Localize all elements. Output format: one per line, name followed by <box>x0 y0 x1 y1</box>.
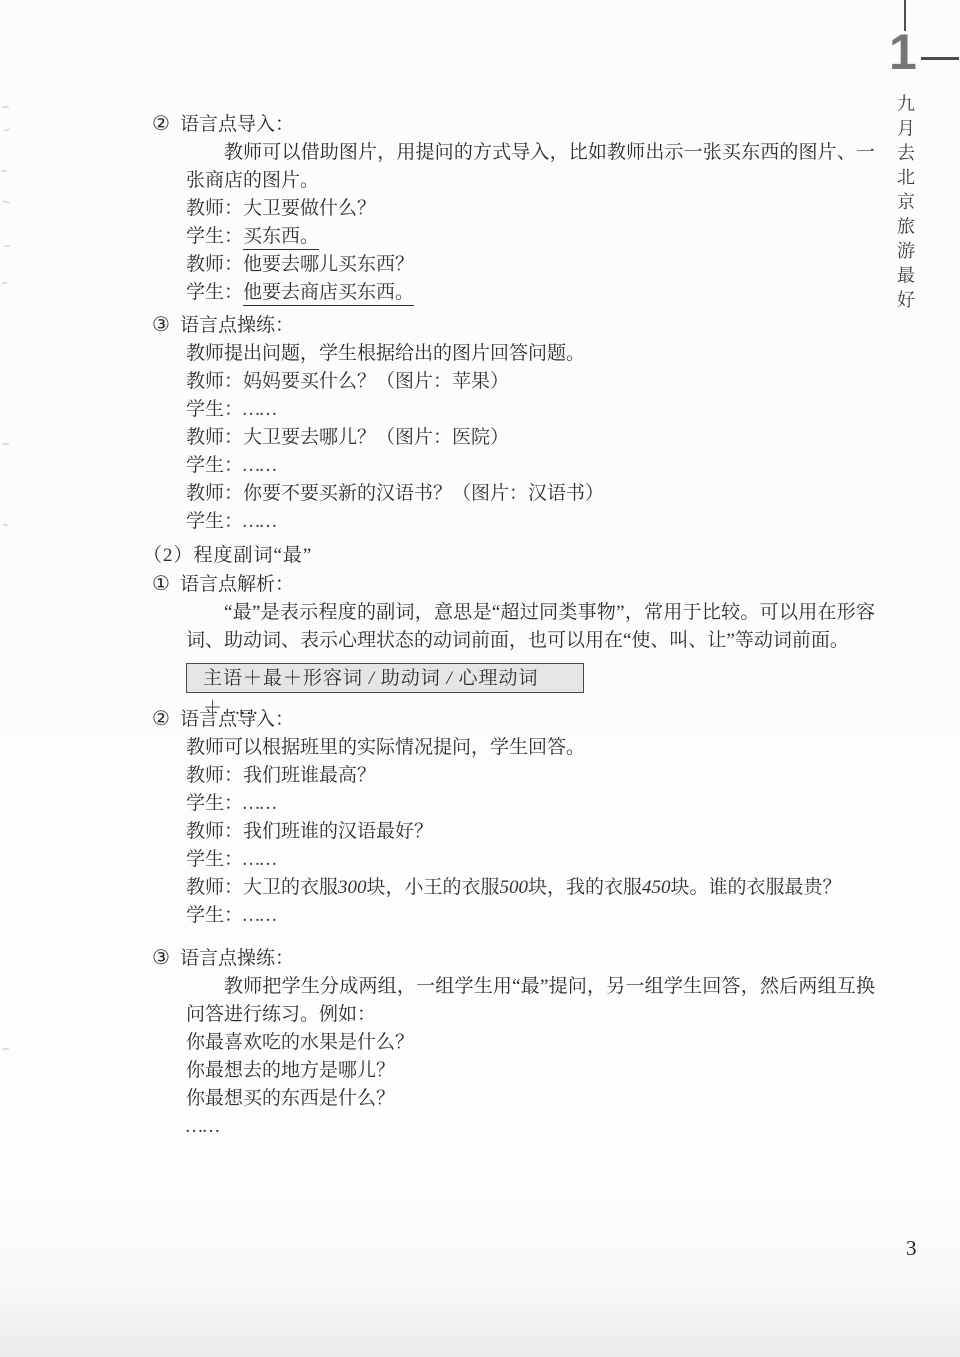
scanned-page: 1 九月去北京旅游最好 ②语言点导入： 教师可以借助图片，用提问的方式导入，比如… <box>0 0 960 1357</box>
scan-artifact <box>2 443 9 445</box>
teacher-line: 教师：大卫要做什么？ <box>186 195 875 223</box>
scan-artifact <box>2 1047 9 1050</box>
student-line: 学生：…… <box>186 846 875 874</box>
item-heading: ①语言点解析： <box>143 570 875 599</box>
paragraph: 教师把学生分成两组，一组学生用“最”提问，另一组学生回答，然后两组互换问答进行练… <box>186 973 875 1029</box>
teacher-line: 教师：大卫的衣服300块，小王的衣服500块，我的衣服450块。谁的衣服最贵？ <box>186 874 875 902</box>
scan-artifact <box>2 106 9 108</box>
circled-number: ③ <box>152 947 170 969</box>
paragraph: 教师可以借助图片，用提问的方式导入，比如教师出示一张买东西的图片、一张商店的图片… <box>186 139 875 195</box>
lesson-content: ②语言点导入： 教师可以借助图片，用提问的方式导入，比如教师出示一张买东西的图片… <box>143 110 875 1141</box>
teacher-line: 教师：你要不要买新的汉语书？（图片：汉语书） <box>186 480 875 508</box>
speaker-label: 学生： <box>186 282 243 303</box>
student-line: 学生：…… <box>186 452 875 480</box>
page-number: 3 <box>906 1236 917 1261</box>
example-question: 你最想去的地方是哪儿？ <box>186 1057 875 1085</box>
scan-artifact <box>2 282 7 285</box>
item-heading-title: 语言点导入： <box>180 114 294 135</box>
chapter-title-vertical: 九月去北京旅游最好 <box>892 94 918 315</box>
teacher-line: 教师：我们班谁的汉语最好？ <box>186 818 875 846</box>
underlined-answer: 他要去商店买东西。 <box>243 282 414 306</box>
scan-artifact <box>1 170 7 172</box>
item-heading-title: 语言点导入： <box>180 709 294 730</box>
example-question: 你最喜欢吃的水果是什么？ <box>186 1029 875 1057</box>
item-heading-title: 语言点操练： <box>180 315 294 336</box>
circled-number: ② <box>152 708 170 730</box>
student-line: 学生：买东西。 <box>186 223 875 251</box>
scan-artifact <box>3 200 10 204</box>
item-heading-title: 语言点操练： <box>180 948 294 969</box>
item-heading: ③语言点操练： <box>143 311 875 340</box>
scan-artifact <box>4 128 10 132</box>
instruction-line: 教师提出问题，学生根据给出的图片回答问题。 <box>186 340 875 368</box>
student-line: 学生：…… <box>186 790 875 818</box>
circled-number: ② <box>152 113 170 135</box>
underlined-answer: 买东西。 <box>243 226 319 250</box>
paragraph: “最”是表示程度的副词，意思是“超过同类事物”，常用于比较。可以用在形容词、助动… <box>186 599 875 655</box>
item-heading-title: 语言点解析： <box>180 574 294 595</box>
item-heading: ③语言点操练： <box>143 944 875 973</box>
header-dash-icon <box>921 57 959 60</box>
student-line: 学生：…… <box>186 396 875 424</box>
instruction-line: 教师可以根据班里的实际情况提问，学生回答。 <box>186 734 875 762</box>
scan-artifact <box>3 523 8 526</box>
ellipsis-line: …… <box>186 1113 875 1141</box>
teacher-line: 教师：我们班谁最高？ <box>186 762 875 790</box>
scan-artifact <box>4 245 10 247</box>
teacher-line: 教师：大卫要去哪儿？（图片：医院） <box>186 424 875 452</box>
example-question: 你最想买的东西是什么？ <box>186 1085 875 1113</box>
page-bottom-shading <box>0 1287 960 1357</box>
teacher-line: 教师：妈妈要买什么？（图片：苹果） <box>186 368 875 396</box>
student-line: 学生：他要去商店买东西。 <box>186 279 875 307</box>
student-line: 学生：…… <box>186 508 875 536</box>
speaker-label: 学生： <box>186 226 243 247</box>
item-heading: ②语言点导入： <box>143 110 875 139</box>
teacher-line: 教师：他要去哪儿买东西？ <box>186 251 875 279</box>
grammar-pattern-box: 主语＋最＋形容词 / 助动词 / 心理动词＋…… <box>186 663 584 693</box>
circled-number: ③ <box>152 314 170 336</box>
section-heading: （2）程度副词“最” <box>143 542 875 570</box>
student-line: 学生：…… <box>186 902 875 930</box>
circled-number: ① <box>152 573 170 595</box>
chapter-number: 1 <box>889 26 917 78</box>
item-heading: ②语言点导入： <box>143 705 875 734</box>
